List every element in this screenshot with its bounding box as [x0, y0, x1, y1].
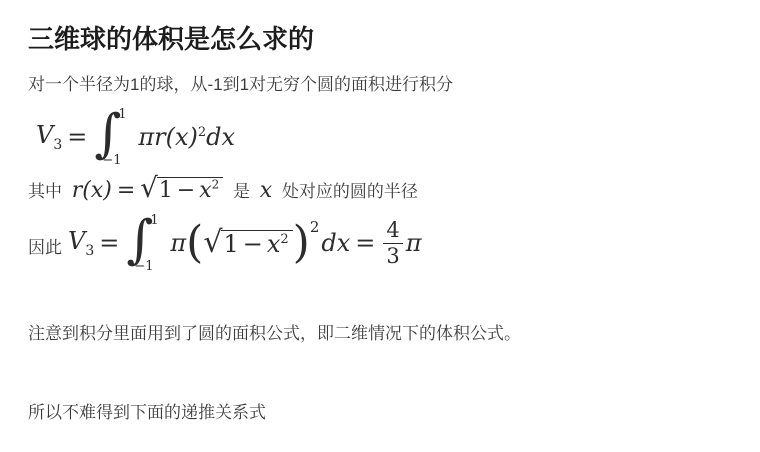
- radical-sign-icon: √: [203, 225, 222, 260]
- open-paren: (: [186, 221, 203, 265]
- math-paren-exponent: 2: [310, 218, 320, 236]
- fraction-four-thirds: 4 3: [383, 218, 402, 268]
- note-paragraph: 注意到积分里面用到了圆的面积公式，即二维情况下的体积公式。: [28, 323, 730, 346]
- integral: ∫ 1 −1: [94, 109, 134, 165]
- math-one: 1: [159, 178, 173, 203]
- math-integrand-exponent: 2: [198, 125, 206, 140]
- math-var-x: x: [199, 178, 211, 203]
- math-var-x-inline: x: [260, 178, 272, 203]
- recurrence-paragraph: 所以不难得到下面的递推关系式: [28, 402, 730, 425]
- radicand: 1−x2: [221, 230, 292, 259]
- math-equals: =: [99, 229, 119, 257]
- square-root: √1−x2: [203, 228, 292, 259]
- math-integrand-group: πr(x)2dx: [138, 123, 235, 151]
- math-v3-group: V3: [36, 121, 62, 153]
- math-var-V: V: [68, 227, 85, 255]
- radius-line-prefix: 其中: [28, 182, 62, 201]
- result-prefix: 因此: [28, 233, 62, 258]
- math-equals-2: =: [355, 229, 375, 257]
- integral-lower-limit: −1: [134, 259, 153, 274]
- math-r-equals-sqrt: r(x)=√1−x2: [72, 178, 224, 203]
- article-page: 三维球的体积是怎么求的 对一个半径为1的球，从-1到1对无穷个圆的面积进行积分 …: [0, 0, 760, 425]
- fraction-numerator: 4: [383, 218, 402, 243]
- radical-sign-icon: √: [140, 172, 158, 204]
- integral-upper-limit: 1: [118, 107, 126, 122]
- close-paren: ): [293, 221, 310, 265]
- math-v3-group: V3: [68, 227, 94, 259]
- radicand: 1−x2: [157, 177, 224, 203]
- math-minus: −: [177, 178, 195, 203]
- math-integrand: πr(x): [138, 123, 198, 151]
- math-one: 1: [223, 230, 238, 258]
- math-r-of-x: r(x): [72, 178, 112, 203]
- math-equals: =: [67, 123, 87, 151]
- math-sub-3: 3: [85, 243, 94, 259]
- fraction-denominator: 3: [383, 243, 402, 268]
- math-x-exponent: 2: [212, 178, 220, 192]
- math-var-x: x: [267, 230, 281, 258]
- math-minus: −: [243, 230, 263, 258]
- formula-volume-definition: V3 = ∫ 1 −1 πr(x)2dx: [36, 109, 730, 165]
- square-root: √1−x2: [140, 178, 223, 203]
- math-sub-3: 3: [53, 137, 62, 153]
- math-var-V: V: [36, 121, 53, 149]
- integral-upper-limit: 1: [150, 213, 158, 228]
- intro-paragraph: 对一个半径为1的球，从-1到1对无穷个圆的面积进行积分: [28, 74, 730, 97]
- math-pi: π: [170, 229, 186, 257]
- math-differential: dx: [206, 123, 235, 151]
- math-pi-tail: π: [406, 229, 422, 257]
- math-x-exponent: 2: [280, 232, 288, 247]
- page-title: 三维球的体积是怎么求的: [28, 24, 730, 55]
- radius-definition-line: 其中 r(x)=√1−x2 是 x 处对应的圆的半径: [28, 175, 730, 207]
- formula-volume-result: 因此 V3 = ∫ 1 −1 π ( √1−x2 ) 2 dx = 4 3 π: [28, 215, 730, 271]
- math-differential: dx: [321, 229, 350, 257]
- radius-line-mid: 是: [233, 182, 250, 201]
- math-equals: =: [117, 178, 135, 203]
- integral-lower-limit: −1: [102, 153, 121, 168]
- radius-line-suffix: 处对应的圆的半径: [282, 182, 418, 201]
- integral: ∫ 1 −1: [126, 215, 166, 271]
